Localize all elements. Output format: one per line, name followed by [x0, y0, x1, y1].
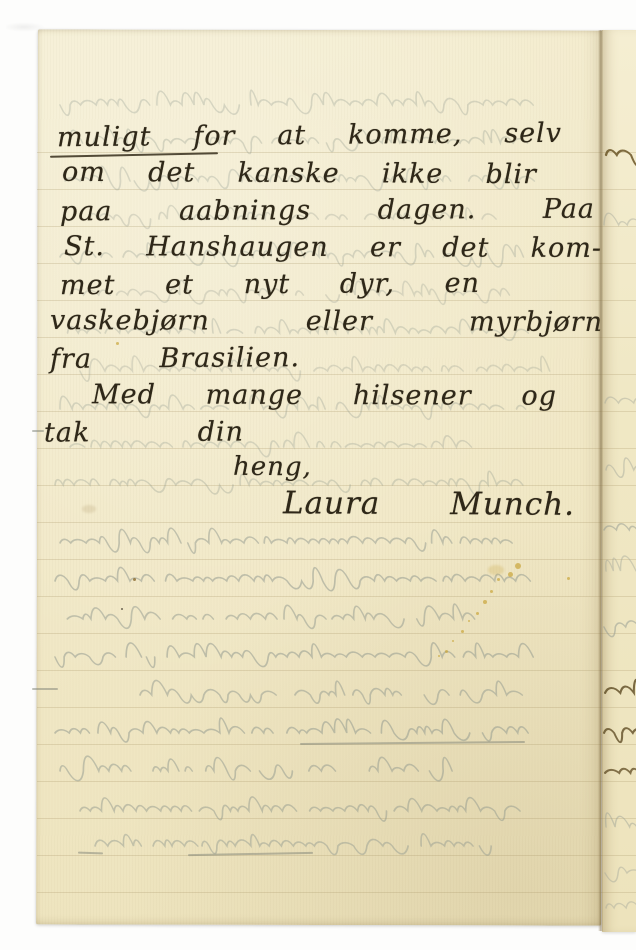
stain-mark [476, 612, 479, 615]
signature: Laura Munch. [283, 485, 575, 523]
handwritten-line: St. Hanshaugen er det kom- [64, 231, 602, 264]
stain-mark [438, 655, 440, 657]
stain-mark [452, 640, 454, 642]
stain-mark [567, 577, 570, 580]
stain-mark [445, 650, 448, 653]
handwritten-line: vaskebjørn eller myrbjørn [50, 305, 603, 338]
handwritten-line: paa aabnings dagen. Paa [60, 194, 595, 228]
stain-mark [497, 578, 500, 581]
stain-mark [468, 620, 470, 622]
stain-smudge [488, 565, 504, 575]
stain-mark [508, 572, 513, 577]
stain-mark [483, 600, 487, 604]
ink-speck [133, 578, 136, 581]
handwritten-line: tak din [44, 416, 244, 448]
page-fold [598, 30, 603, 931]
handwritten-line: Med mange hilsener og [92, 379, 557, 412]
stain-mark [490, 590, 493, 593]
handwritten-line: muligt for at komme, selv [57, 118, 562, 153]
stain-mark [461, 630, 464, 633]
letter-scan: muligt for at komme, selv om det kanske … [0, 0, 636, 950]
handwritten-line: met et nyt dyr, en [60, 268, 480, 301]
handwritten-line: fra Brasilien. [50, 342, 300, 375]
stain-mark [515, 563, 521, 569]
closing-word: heng, [233, 452, 313, 483]
handwritten-line: om det kanske ikke blir [62, 157, 537, 190]
stain-smudge [82, 505, 96, 513]
ink-speck [121, 608, 123, 610]
